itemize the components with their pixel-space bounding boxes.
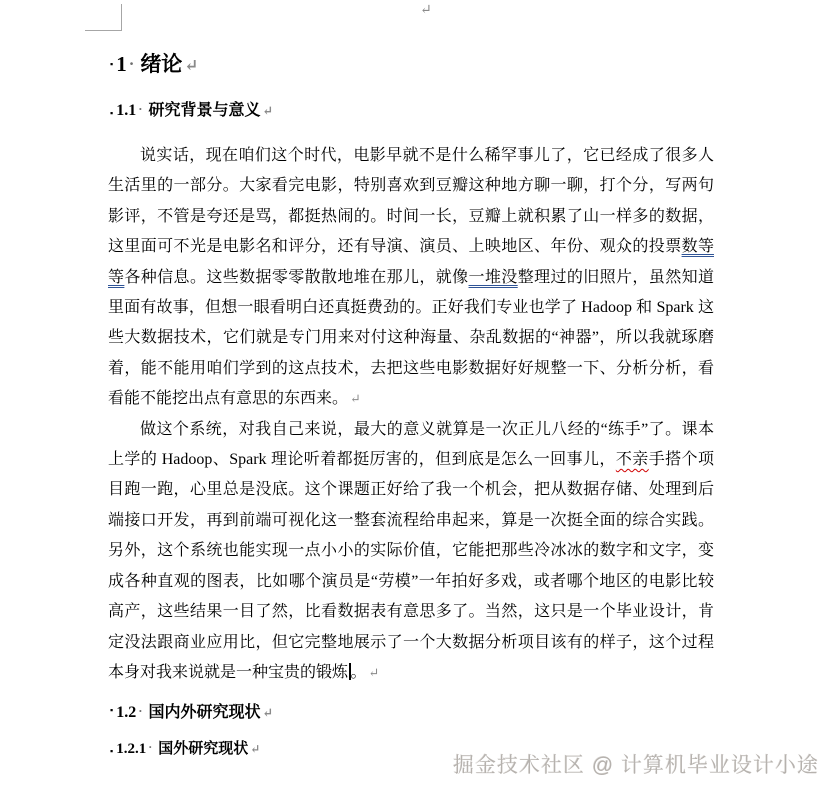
paragraph-2[interactable]: 做这个系统，对我自己来说，最大的意义就算是一次正儿八经的“练手”了。课本上学的 …	[108, 415, 714, 689]
document-page: ↵ ▪1·绪论↵ ▪1.1·研究背景与意义↵ 说实话，现在咱们这个时代，电影早就…	[0, 0, 825, 794]
document-body-text[interactable]: 说实话，现在咱们这个时代，电影早就不是什么稀罕事儿了，它已经成了很多人生活里的一…	[108, 141, 714, 688]
paragraph-return-mark-icon: ↵	[248, 742, 260, 756]
spellcheck-flagged-text: 不亲	[616, 451, 649, 468]
paragraph-return-mark-icon: ↵	[348, 392, 361, 406]
grammar-checked-text: 一堆没	[469, 269, 518, 286]
paragraph-return-mark-icon: ↵	[261, 104, 274, 118]
paragraph-text: 整理过的旧照片，虽然知道里面有故事，但想一眼看明白还真挺费劲的。正好我们专业也学…	[108, 269, 714, 408]
paragraph-return-mark-icon: ↵	[261, 706, 274, 720]
heading-title: 国外研究现状	[158, 741, 248, 757]
paragraph-return-mark-icon: ↵	[367, 666, 380, 680]
space-formatting-mark: ·	[136, 102, 148, 116]
heading-1-2-1-subsection[interactable]: ▪1.2.1·国外研究现状↵	[110, 737, 260, 758]
heading-square-bullet-icon: ▪	[110, 746, 113, 756]
heading-1-1-section[interactable]: ▪1.1·研究背景与意义↵	[110, 97, 273, 120]
heading-title: 研究背景与意义	[148, 102, 260, 119]
space-formatting-mark: ·	[136, 704, 148, 718]
paragraph-text: 各种信息。这些数据零零散散地堆在那儿，就像	[124, 269, 468, 286]
paragraph-text: 。	[351, 664, 367, 681]
paragraph-text: 说实话，现在咱们这个时代，电影早就不是什么稀罕事儿了，它已经成了很多人生活里的一…	[108, 147, 714, 255]
space-formatting-mark: ·	[146, 740, 158, 754]
heading-1-chapter[interactable]: ▪1·绪论↵	[110, 48, 198, 78]
heading-1-2-section[interactable]: ▪1.2·国内外研究现状↵	[110, 699, 273, 722]
heading-square-bullet-icon: ▪	[110, 108, 113, 118]
watermark-text: 掘金技术社区 @ 计算机毕业设计小途	[453, 749, 819, 779]
heading-square-bullet-icon: ▪	[110, 59, 113, 69]
heading-title: 绪论	[140, 52, 182, 76]
paragraph-return-mark-icon: ↵	[420, 2, 432, 19]
heading-number: 1	[116, 52, 127, 76]
paragraph-1[interactable]: 说实话，现在咱们这个时代，电影早就不是什么稀罕事儿了，它已经成了很多人生活里的一…	[108, 141, 714, 415]
space-formatting-mark: ·	[127, 54, 141, 73]
heading-title: 国内外研究现状	[148, 704, 260, 721]
paragraph-return-mark-icon: ↵	[182, 56, 198, 75]
heading-number: 1.2	[116, 704, 136, 721]
heading-number: 1.2.1	[116, 741, 146, 757]
heading-number: 1.1	[116, 102, 136, 119]
heading-square-bullet-icon: ▪	[110, 705, 113, 715]
paragraph-text: 手搭个项目跑一跑，心里总是没底。这个课题正好给了我一个机会，把从数据存储、处理到…	[108, 451, 714, 681]
text-boundary-crop-mark-icon	[85, 4, 122, 31]
